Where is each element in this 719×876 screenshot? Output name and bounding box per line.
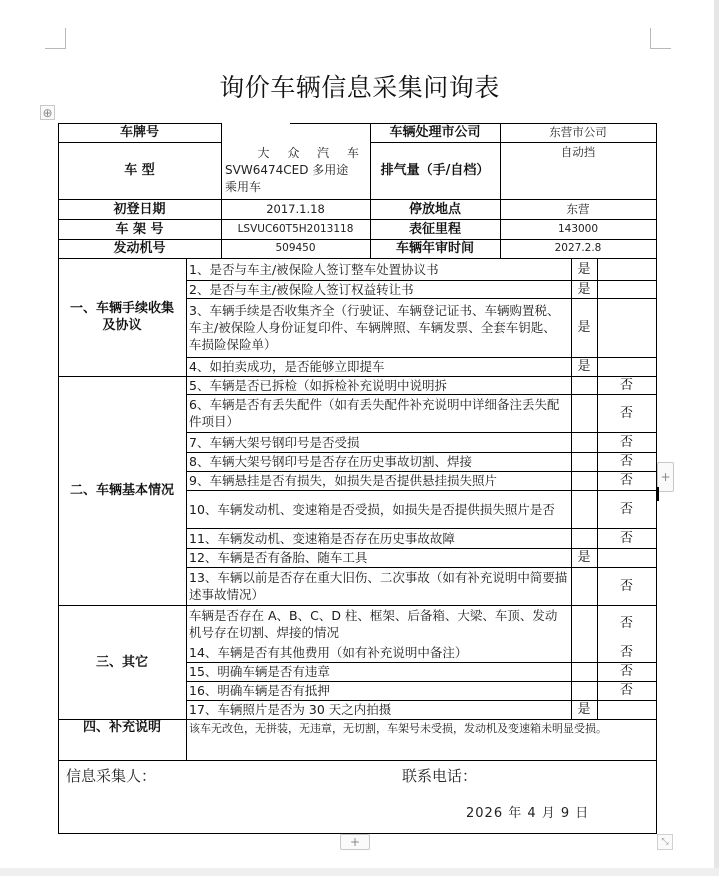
section-label: 三、其它 [58, 605, 186, 719]
answer-yes-cell [571, 471, 597, 490]
document-title: 询价车辆信息采集问询表 [0, 68, 719, 104]
vertical-scrollbar[interactable] [714, 0, 719, 876]
answer-no-cell: 否 [597, 394, 656, 432]
answer-yes-cell: 是 [571, 298, 597, 357]
answer-no-cell: 否 [597, 681, 656, 700]
section-label-line: 一、车辆手续收集 [70, 300, 174, 317]
parking-value: 东营 [500, 199, 656, 219]
answer-yes-cell [571, 681, 597, 700]
answer-yes-cell [571, 376, 597, 394]
answer-yes-cell [571, 394, 597, 432]
question-text: 14、车辆是否有其他费用（如有补充说明中备注） [186, 642, 571, 662]
model-label: 车 型 [58, 142, 221, 199]
answer-yes-cell: 是 [571, 357, 597, 376]
vin-label: 车 架 号 [58, 219, 221, 239]
answer-no-cell: 否 [597, 605, 656, 642]
question-text: 12、车辆是否有备胎、随车工具 [186, 548, 571, 567]
question-text: 7、车辆大架号钢印号是否受损 [186, 432, 571, 452]
engine-label: 发动机号 [58, 239, 221, 258]
answer-no-cell [597, 548, 656, 567]
question-text: 8、车辆大架号钢印号是否存在历史事故切割、焊接 [186, 452, 571, 471]
page-corner-mark-top-left [45, 28, 66, 49]
question-text: 17、车辆照片是否为 30 天之内拍摄 [186, 700, 571, 719]
vin-value: LSVUC60T5H2013118 [221, 219, 370, 239]
table-move-handle-icon[interactable]: ⊕ [40, 105, 55, 120]
answer-yes-cell: 是 [571, 548, 597, 567]
section-label: 一、车辆手续收集及协议 [58, 258, 186, 376]
section-label: 二、车辆基本情况 [58, 376, 186, 605]
mileage-label: 表征里程 [370, 219, 500, 239]
question-text: 2、是否与车主/被保险人签订权益转让书 [186, 280, 571, 298]
answer-yes-cell [571, 662, 597, 681]
reg-date-value: 2017.1.18 [221, 199, 370, 219]
column-insert-marker [656, 487, 659, 501]
answer-yes-cell [571, 642, 597, 662]
answer-yes-cell: 是 [571, 280, 597, 298]
table-border [58, 760, 657, 761]
mileage-value: 143000 [500, 219, 656, 239]
add-row-button[interactable]: + [340, 834, 370, 850]
reg-date-label: 初登日期 [58, 199, 221, 219]
answer-yes-cell [571, 490, 597, 528]
model-value-line: 大 众 汽 车 [225, 145, 366, 162]
question-text: 11、车辆发动机、变速箱是否存在历史事故故障 [186, 528, 571, 548]
question-text: 9、车辆悬挂是否有损失，如损失是否提供悬挂损失照片 [186, 471, 571, 490]
question-text: 1、是否与车主/被保险人签订整车处置协议书 [186, 258, 571, 280]
phone-label: 联系电话： [402, 765, 602, 787]
answer-no-cell: 否 [597, 642, 656, 662]
answer-no-cell: 否 [597, 567, 656, 605]
displacement-value: 自动挡 [500, 142, 656, 199]
question-text: 6、车辆是否有丢失配件（如有丢失配件补充说明中详细备注丢失配件项目） [186, 394, 571, 432]
section-label-line: 及协议 [102, 317, 141, 334]
question-text: 4、如拍卖成功，是否能够立即提车 [186, 357, 571, 376]
answer-yes-cell [571, 452, 597, 471]
add-column-button[interactable]: + [657, 462, 674, 492]
answer-no-cell: 否 [597, 471, 656, 490]
model-value: 大 众 汽 车SVW6474CED 多用途乘用车 [221, 142, 370, 199]
section-label-line: 三、其它 [96, 654, 148, 671]
question-text: 10、车辆发动机、变速箱是否受损，如损失是否提供损失照片是否 [186, 490, 571, 528]
question-text: 5、车辆是否已拆检（如拆检补充说明中说明拆 [186, 376, 571, 394]
answer-yes-cell [571, 567, 597, 605]
table-resize-handle-icon[interactable]: ⤡ [657, 834, 673, 850]
question-text: 16、明确车辆是否有抵押 [186, 681, 571, 700]
answer-no-cell: 否 [597, 376, 656, 394]
answer-no-cell: 否 [597, 490, 656, 528]
page-corner-mark-top-right [650, 28, 671, 49]
question-text: 车辆是否存在 A、B、C、D 柱、框架、后备箱、大梁、车顶、发动机号存在切割、焊… [186, 605, 571, 642]
displacement-label: 排气量（手/自档） [370, 142, 500, 199]
question-text: 3、车辆手续是否收集齐全（行驶证、车辆登记证书、车辆购置税、车主/被保险人身份证… [186, 298, 571, 357]
answer-no-cell [597, 700, 656, 719]
engine-value: 509450 [221, 239, 370, 258]
answer-no-cell: 否 [597, 452, 656, 471]
company-value: 东营市公司 [500, 123, 656, 142]
signature-date: 2026 年 4 月 9 日 [466, 803, 636, 823]
section-label-line: 二、车辆基本情况 [70, 482, 174, 499]
answer-no-cell: 否 [597, 662, 656, 681]
page-bottom-gutter [0, 868, 719, 876]
supplement-label: 四、补充说明 [58, 719, 186, 760]
inspection-label: 车辆年审时间 [370, 239, 500, 258]
answer-yes-cell [571, 432, 597, 452]
model-value-line: SVW6474CED 多用途 [225, 162, 366, 179]
plate-label: 车牌号 [58, 123, 221, 142]
model-value-line: 乘用车 [225, 179, 366, 196]
plate-value [221, 123, 370, 142]
answer-no-cell: 否 [597, 432, 656, 452]
collector-label: 信息采集人： [66, 765, 266, 787]
answer-yes-cell: 是 [571, 700, 597, 719]
answer-no-cell [597, 258, 656, 280]
parking-label: 停放地点 [370, 199, 500, 219]
supplement-text: 该车无改色，无拼装，无违章，无切割，车架号未受损，发动机及变速箱未明显受损。 [186, 719, 656, 760]
answer-no-cell [597, 357, 656, 376]
answer-yes-cell [571, 528, 597, 548]
question-text: 15、明确车辆是否有违章 [186, 662, 571, 681]
answer-no-cell [597, 298, 656, 357]
answer-no-cell [597, 280, 656, 298]
answer-no-cell: 否 [597, 528, 656, 548]
answer-yes-cell: 是 [571, 258, 597, 280]
answer-yes-cell [571, 605, 597, 642]
inspection-value: 2027.2.8 [500, 239, 656, 258]
question-text: 13、车辆以前是否存在重大旧伤、二次事故（如有补充说明中简要描述事故情况） [186, 567, 571, 605]
company-label: 车辆处理市公司 [370, 123, 500, 142]
